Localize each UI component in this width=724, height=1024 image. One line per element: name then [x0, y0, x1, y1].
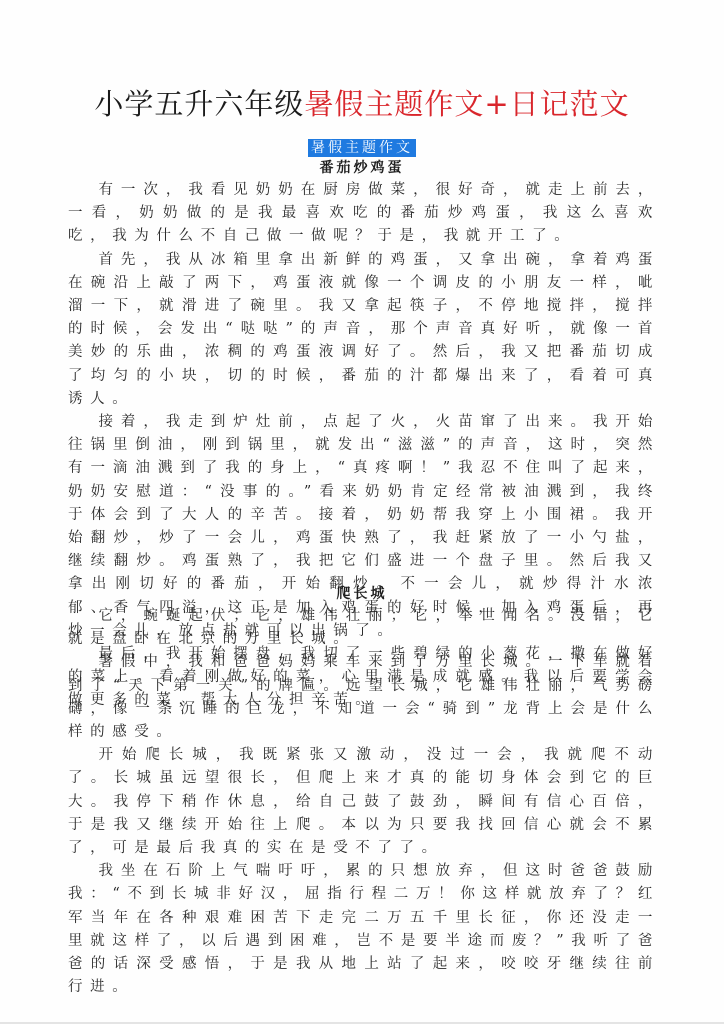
section-header: 暑假主题作文 — [0, 137, 724, 157]
essay-paragraph: 我坐在石阶上气喘吁吁，累的只想放弃，但这时爸爸鼓励我：“不到长城非好汉，屈指行程… — [68, 860, 660, 999]
essay-paragraph: 有一次，我看见奶奶在厨房做菜，很好奇，就走上前去，一看，奶奶做的是我最喜欢吃的番… — [68, 179, 660, 249]
essay-body: 它，蜿蜒起伏；它，雄伟壮丽；它，举世闻名。没错，它就是盘卧在北京的万里长城。 暑… — [68, 605, 660, 999]
essay-paragraph: 首先，我从冰箱里拿出新鲜的鸡蛋，又拿出碗，拿着鸡蛋在碗沿上敲了两下，鸡蛋液就像一… — [68, 249, 660, 411]
essay-title: 番茄炒鸡蛋 — [0, 158, 724, 178]
title-grade-text: 小学五升六年级 — [94, 87, 304, 121]
essay-paragraph: 它，蜿蜒起伏；它，雄伟壮丽；它，举世闻名。没错，它就是盘卧在北京的万里长城。 — [68, 605, 660, 651]
essay-paragraph: 暑假中，我和爸爸妈妈乘车来到了万里长城。一下车就看到了“天下第一关”的牌匾。远望… — [68, 651, 660, 744]
title-topic-text: 暑假主题作文+日记范文 — [304, 87, 629, 121]
section-badge: 暑假主题作文 — [308, 139, 416, 157]
essay-title: 爬长城 — [0, 584, 724, 604]
document-title: 小学五升六年级暑假主题作文+日记范文 — [0, 86, 724, 122]
essay-paragraph: 开始爬长城，我既紧张又激动，没过一会，我就爬不动了。长城虽远望很长，但爬上来才真… — [68, 744, 660, 860]
document-page: 小学五升六年级暑假主题作文+日记范文 暑假主题作文 番茄炒鸡蛋 有一次，我看见奶… — [0, 0, 724, 1022]
